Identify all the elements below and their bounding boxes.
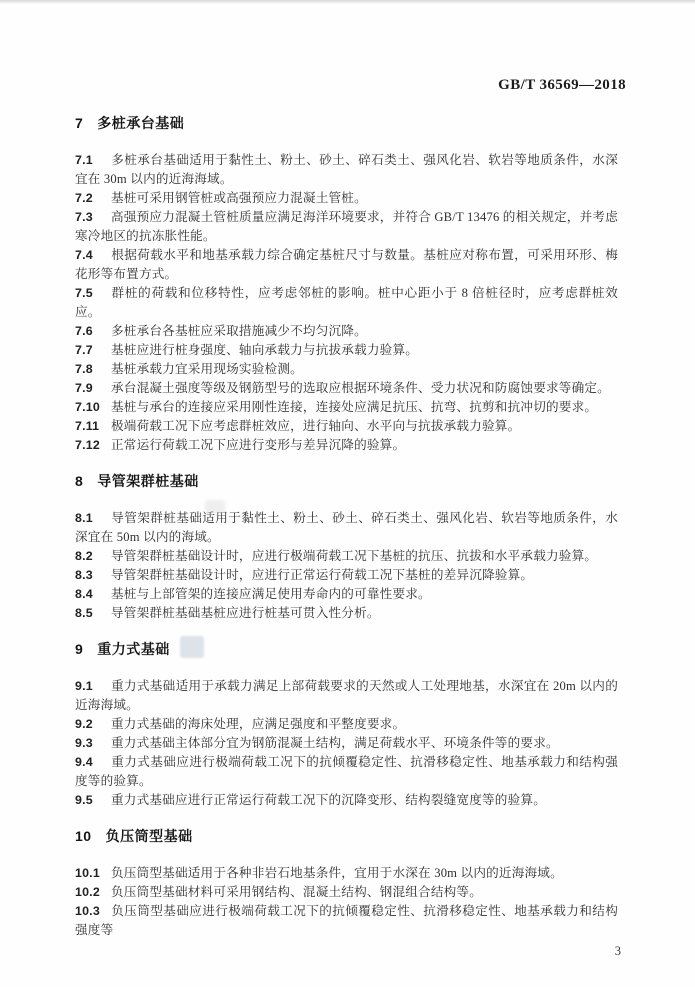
clause-text: 高强预应力混凝土管桩质量应满足海洋环境要求，并符合 GB/T 13476 的相关…: [75, 210, 618, 243]
clause: 10.1负压筒型基础适用于各种非岩石地基条件，宜用于水深在 30m 以内的近海海…: [75, 864, 618, 883]
section-number: 7: [75, 115, 83, 131]
clause-text: 导管架群桩基础设计时，应进行正常运行荷载工况下基桩的差异沉降验算。: [111, 568, 533, 582]
clause-text: 导管架群桩基础适用于黏性土、粉土、砂土、碎石类土、强风化岩、软岩等地质条件，水深…: [75, 511, 618, 544]
section-heading: 9重力式基础: [75, 640, 618, 659]
clause: 7.7基桩应进行桩身强度、轴向承载力与抗拔承载力验算。: [75, 341, 618, 360]
clause-number: 7.9: [75, 379, 105, 398]
clause-number: 7.1: [75, 151, 105, 170]
section-title: 重力式基础: [97, 641, 170, 657]
section: 9重力式基础 9.1重力式基础适用于承载力满足上部荷载要求的天然或人工处理地基，…: [75, 640, 618, 810]
clause: 7.9承台混凝土强度等级及钢筋型号的选取应根据环境条件、受力状况和防腐蚀要求等确…: [75, 379, 618, 398]
clause: 7.5群桩的荷载和位移特性，应考虑邻桩的影响。桩中心距小于 8 倍桩径时，应考虑…: [75, 284, 618, 322]
section-number: 8: [75, 473, 83, 489]
section-heading: 7多桩承台基础: [75, 114, 618, 133]
clause-number: 7.7: [75, 341, 105, 360]
clause-number: 7.2: [75, 189, 105, 208]
clause: 9.1重力式基础适用于承载力满足上部荷载要求的天然或人工处理地基，水深宜在 20…: [75, 677, 618, 715]
clause-text: 重力式基础主体部分宜为钢筋混凝土结构，满足荷载水平、环境条件等的要求。: [111, 736, 559, 750]
sections-container: 7多桩承台基础 7.1多桩承台基础适用于黏性土、粉土、砂土、碎石类土、强风化岩、…: [75, 114, 618, 940]
clause-number: 7.10: [75, 398, 105, 417]
clause-text: 重力式基础的海床处理，应满足强度和平整度要求。: [111, 717, 405, 731]
clause: 8.3导管架群桩基础设计时，应进行正常运行荷载工况下基桩的差异沉降验算。: [75, 566, 618, 585]
clause-text: 群桩的荷载和位移特性，应考虑邻桩的影响。桩中心距小于 8 倍桩径时，应考虑群桩效…: [75, 286, 618, 319]
clause-text: 根据荷载水平和地基承载力综合确定基桩尺寸与数量。基桩应对称布置，可采用环形、梅花…: [75, 248, 618, 281]
clause-text: 正常运行荷载工况下应进行变形与差异沉降的验算。: [111, 438, 405, 452]
clause-number: 9.1: [75, 677, 105, 696]
section-title: 导管架群桩基础: [97, 473, 199, 489]
clause-list: 7.1多桩承台基础适用于黏性土、粉土、砂土、碎石类土、强风化岩、软岩等地质条件，…: [75, 151, 618, 455]
section-title: 负压筒型基础: [106, 828, 193, 844]
clause: 9.5重力式基础应进行正常运行荷载工况下的沉降变形、结构裂缝宽度等的验算。: [75, 791, 618, 810]
section-heading: 8导管架群桩基础: [75, 472, 618, 491]
clause: 7.10基桩与承台的连接应采用刚性连接，连接处应满足抗压、抗弯、抗剪和抗冲切的要…: [75, 398, 618, 417]
clause-list: 8.1导管架群桩基础适用于黏性土、粉土、砂土、碎石类土、强风化岩、软岩等地质条件…: [75, 509, 618, 623]
clause-number: 9.5: [75, 791, 105, 810]
clause: 9.3重力式基础主体部分宜为钢筋混凝土结构，满足荷载水平、环境条件等的要求。: [75, 734, 618, 753]
clause-text: 极端荷载工况下应考虑群桩效应，进行轴向、水平向与抗拔承载力验算。: [111, 419, 520, 433]
clause-number: 9.2: [75, 715, 105, 734]
clause-number: 7.8: [75, 360, 105, 379]
clause: 7.8基桩承载力宜采用现场实验检测。: [75, 360, 618, 379]
standard-number-header: GB/T 36569—2018: [75, 0, 626, 94]
clause: 7.2基桩可采用钢管桩或高强预应力混凝土管桩。: [75, 189, 618, 208]
clause-number: 7.6: [75, 322, 105, 341]
clause: 8.4基桩与上部管架的连接应满足使用寿命内的可靠性要求。: [75, 585, 618, 604]
page-number: 3: [75, 942, 621, 961]
clause-number: 8.2: [75, 547, 105, 566]
clause-text: 重力式基础适用于承载力满足上部荷载要求的天然或人工处理地基，水深宜在 20m 以…: [75, 679, 618, 712]
clause: 7.4根据荷载水平和地基承载力综合确定基桩尺寸与数量。基桩应对称布置，可采用环形…: [75, 246, 618, 284]
clause-number: 8.3: [75, 566, 105, 585]
section-title: 多桩承台基础: [97, 115, 184, 131]
clause-text: 基桩应进行桩身强度、轴向承载力与抗拔承载力验算。: [111, 343, 418, 357]
section: 8导管架群桩基础 8.1导管架群桩基础适用于黏性土、粉土、砂土、碎石类土、强风化…: [75, 472, 618, 623]
section-number: 9: [75, 641, 83, 657]
document-page: GB/T 36569—2018 7多桩承台基础 7.1多桩承台基础适用于黏性土、…: [0, 0, 695, 987]
section-heading: 10负压筒型基础: [75, 827, 618, 846]
section: 7多桩承台基础 7.1多桩承台基础适用于黏性土、粉土、砂土、碎石类土、强风化岩、…: [75, 114, 618, 455]
clause-text: 负压筒型基础材料可采用钢结构、混凝土结构、钢混组合结构等。: [111, 885, 482, 899]
clause: 7.3高强预应力混凝土管桩质量应满足海洋环境要求，并符合 GB/T 13476 …: [75, 208, 618, 246]
clause-text: 负压筒型基础应进行极端荷载工况下的抗倾覆稳定性、抗滑移稳定性、地基承载力和结构强…: [75, 904, 618, 937]
clause-list: 10.1负压筒型基础适用于各种非岩石地基条件，宜用于水深在 30m 以内的近海海…: [75, 864, 618, 940]
clause-text: 承台混凝土强度等级及钢筋型号的选取应根据环境条件、受力状况和防腐蚀要求等确定。: [111, 381, 610, 395]
section-number: 10: [75, 828, 92, 844]
clause: 7.6多桩承台各基桩应采取措施减少不均匀沉降。: [75, 322, 618, 341]
clause-number: 10.2: [75, 883, 105, 902]
clause: 9.4重力式基础应进行极端荷载工况下的抗倾覆稳定性、抗滑移稳定性、地基承载力和结…: [75, 753, 618, 791]
clause-text: 导管架群桩基础设计时，应进行极端荷载工况下基桩的抗压、抗拔和水平承载力验算。: [111, 549, 597, 563]
clause: 8.2导管架群桩基础设计时，应进行极端荷载工况下基桩的抗压、抗拔和水平承载力验算…: [75, 547, 618, 566]
clause-text: 基桩与上部管架的连接应满足使用寿命内的可靠性要求。: [111, 587, 431, 601]
clause-number: 10.1: [75, 864, 105, 883]
clause-text: 重力式基础应进行极端荷载工况下的抗倾覆稳定性、抗滑移稳定性、地基承载力和结构强度…: [75, 755, 618, 788]
clause: 7.1多桩承台基础适用于黏性土、粉土、砂土、碎石类土、强风化岩、软岩等地质条件，…: [75, 151, 618, 189]
clause: 10.3负压筒型基础应进行极端荷载工况下的抗倾覆稳定性、抗滑移稳定性、地基承载力…: [75, 902, 618, 940]
clause-number: 10.3: [75, 902, 105, 921]
clause-text: 基桩可采用钢管桩或高强预应力混凝土管桩。: [111, 191, 367, 205]
clause-text: 多桩承台各基桩应采取措施减少不均匀沉降。: [111, 324, 367, 338]
clause-text: 重力式基础应进行正常运行荷载工况下的沉降变形、结构裂缝宽度等的验算。: [111, 793, 546, 807]
clause: 7.12正常运行荷载工况下应进行变形与差异沉降的验算。: [75, 436, 618, 455]
clause-number: 7.12: [75, 436, 105, 455]
clause: 7.11极端荷载工况下应考虑群桩效应，进行轴向、水平向与抗拔承载力验算。: [75, 417, 618, 436]
clause-number: 7.4: [75, 246, 105, 265]
clause: 8.5导管架群桩基础基桩应进行桩基可贯入性分析。: [75, 604, 618, 623]
section: 10负压筒型基础 10.1负压筒型基础适用于各种非岩石地基条件，宜用于水深在 3…: [75, 827, 618, 940]
clause-number: 9.4: [75, 753, 105, 772]
clause-text: 多桩承台基础适用于黏性土、粉土、砂土、碎石类土、强风化岩、软岩等地质条件，水深宜…: [75, 153, 618, 186]
clause-text: 负压筒型基础适用于各种非岩石地基条件，宜用于水深在 30m 以内的近海海域。: [111, 866, 563, 880]
clause-number: 8.4: [75, 585, 105, 604]
clause: 9.2重力式基础的海床处理，应满足强度和平整度要求。: [75, 715, 618, 734]
clause-text: 基桩承载力宜采用现场实验检测。: [111, 362, 303, 376]
clause: 8.1导管架群桩基础适用于黏性土、粉土、砂土、碎石类土、强风化岩、软岩等地质条件…: [75, 509, 618, 547]
clause-text: 导管架群桩基础基桩应进行桩基可贯入性分析。: [111, 606, 380, 620]
clause-number: 8.1: [75, 509, 105, 528]
clause-number: 7.5: [75, 284, 105, 303]
clause-number: 9.3: [75, 734, 105, 753]
clause-list: 9.1重力式基础适用于承载力满足上部荷载要求的天然或人工处理地基，水深宜在 20…: [75, 677, 618, 810]
clause-number: 7.11: [75, 417, 105, 436]
clause-number: 8.5: [75, 604, 105, 623]
clause-number: 7.3: [75, 208, 105, 227]
clause: 10.2负压筒型基础材料可采用钢结构、混凝土结构、钢混组合结构等。: [75, 883, 618, 902]
scan-top-edge-artifact: [0, 0, 695, 4]
clause-text: 基桩与承台的连接应采用刚性连接，连接处应满足抗压、抗弯、抗剪和抗冲切的要求。: [111, 400, 597, 414]
